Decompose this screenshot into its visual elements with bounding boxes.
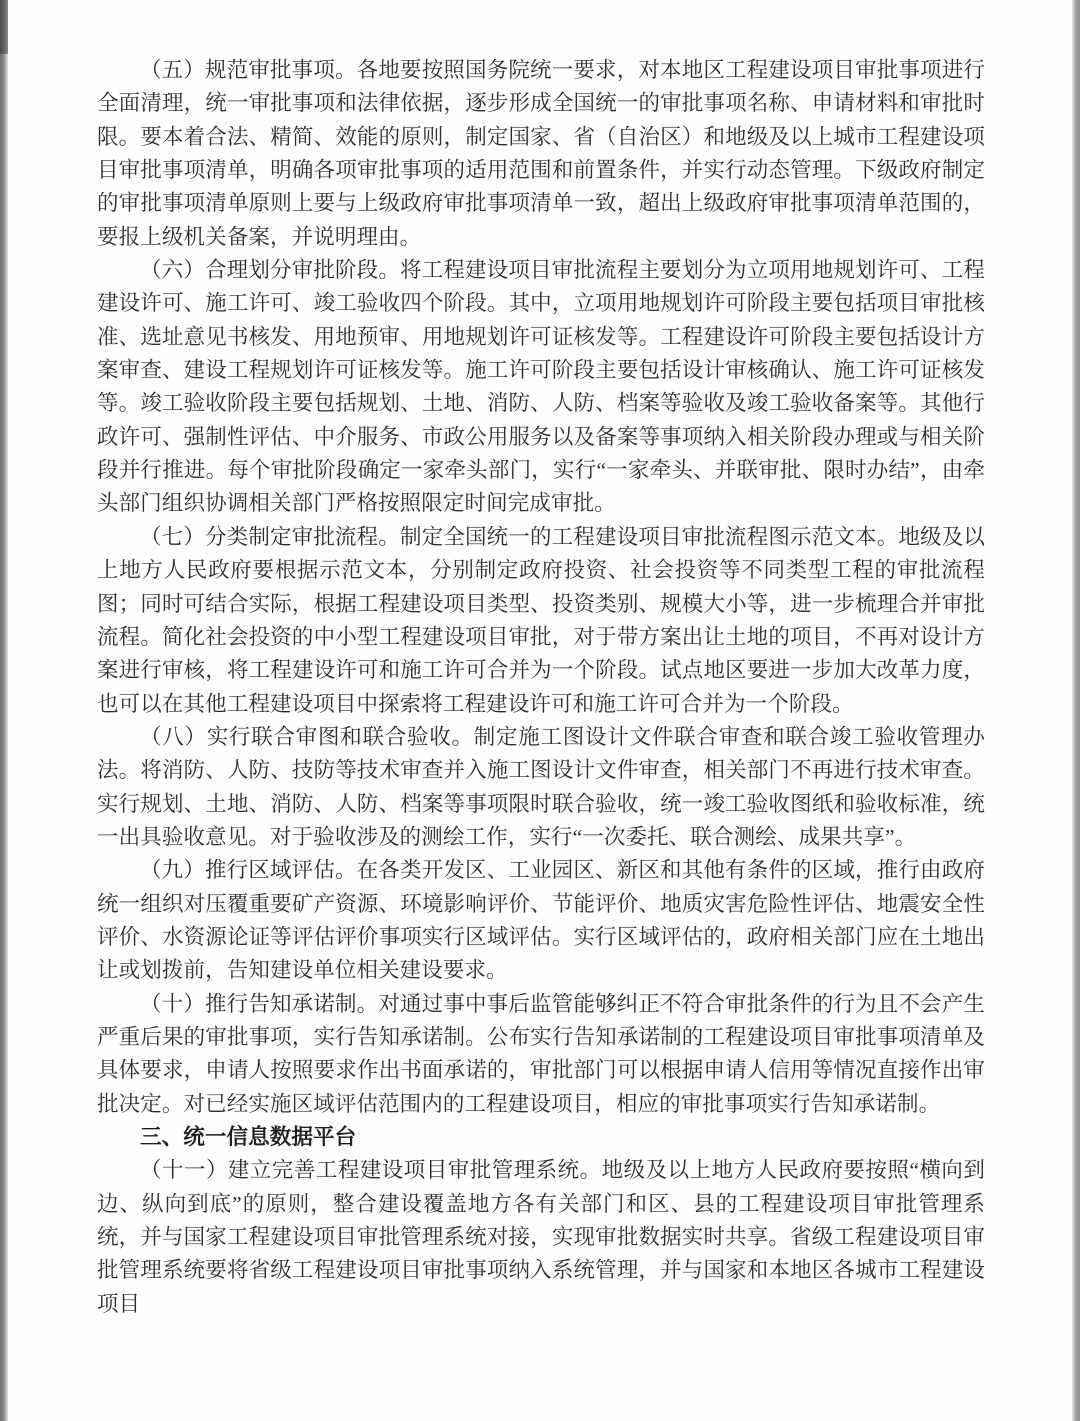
paragraph-lead: （十）推行告知承诺制。: [140, 992, 378, 1016]
paragraph-lead: （十一）建立完善工程建设项目审批管理系统。: [140, 1158, 602, 1182]
page-left-edge-shadow: [0, 0, 8, 1421]
paragraph-body: 制定全国统一的工程建设项目审批流程图示范文本。地级及以上地方人民政府要根据示范文…: [97, 525, 985, 716]
paragraph-lead: （九）推行区域评估。: [140, 858, 357, 882]
paragraph: （十一）建立完善工程建设项目审批管理系统。地级及以上地方人民政府要按照“横向到边…: [97, 1154, 985, 1321]
paragraph-lead: （八）实行联合审图和联合验收。: [140, 725, 474, 749]
paragraph-body: 将工程建设项目审批流程主要划分为立项用地规划许可、工程建设许可、施工许可、竣工验…: [97, 258, 985, 515]
paragraph: （五）规范审批事项。各地要按照国务院统一要求，对本地区工程建设项目审批事项进行全…: [97, 54, 985, 254]
paragraph-lead: （五）规范审批事项。: [140, 58, 357, 82]
page-right-edge-shadow: [1072, 0, 1080, 1421]
section-heading: 三、统一信息数据平台: [97, 1121, 985, 1154]
paragraph-lead: （七）分类制定审批流程。: [140, 525, 400, 549]
paragraph: （九）推行区域评估。在各类开发区、工业园区、新区和其他有条件的区域，推行由政府统…: [97, 854, 985, 987]
paragraph: （十）推行告知承诺制。对通过事中事后监管能够纠正不符合审批条件的行为且不会产生严…: [97, 988, 985, 1121]
paragraph: （六）合理划分审批阶段。将工程建设项目审批流程主要划分为立项用地规划许可、工程建…: [97, 254, 985, 521]
document-page: （五）规范审批事项。各地要按照国务院统一要求，对本地区工程建设项目审批事项进行全…: [0, 0, 1080, 1421]
paragraph: （七）分类制定审批流程。制定全国统一的工程建设项目审批流程图示范文本。地级及以上…: [97, 521, 985, 721]
document-text-block: （五）规范审批事项。各地要按照国务院统一要求，对本地区工程建设项目审批事项进行全…: [97, 54, 985, 1321]
paragraph-body: 各地要按照国务院统一要求，对本地区工程建设项目审批事项进行全面清理，统一审批事项…: [97, 58, 985, 249]
paragraph: （八）实行联合审图和联合验收。制定施工图设计文件联合审查和联合竣工验收管理办法。…: [97, 721, 985, 854]
paragraph-lead: （六）合理划分审批阶段。: [140, 258, 400, 282]
